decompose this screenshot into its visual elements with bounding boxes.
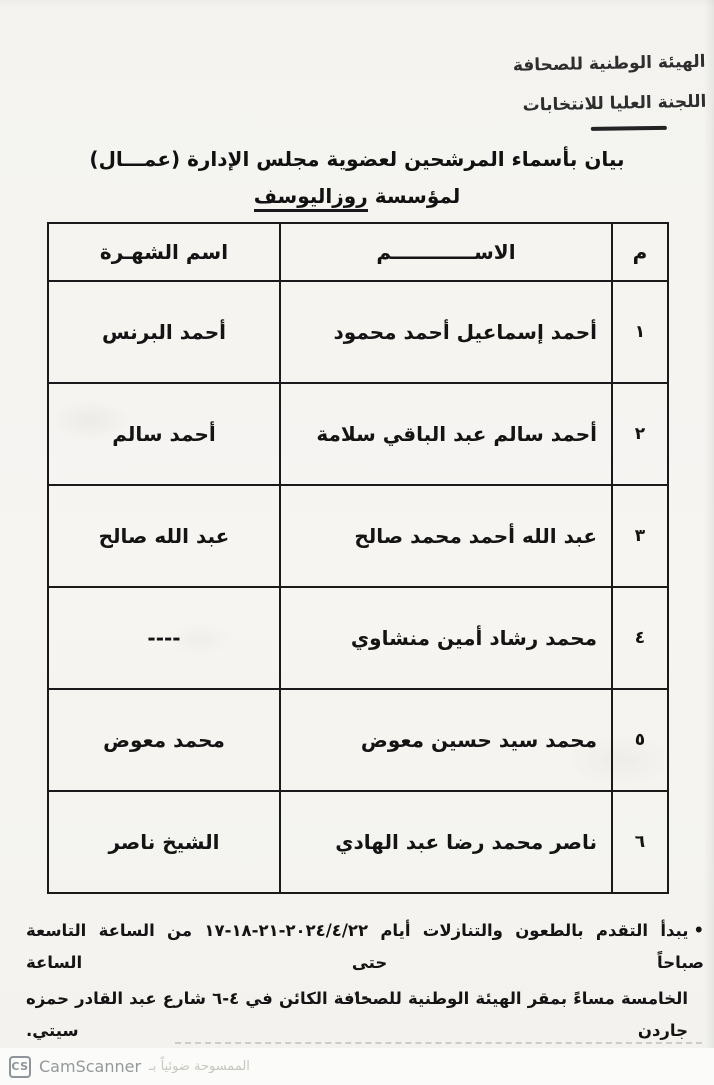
cell-name: أحمد إسماعيل أحمد محمود [280,281,612,383]
cell-number: ٣ [612,485,668,587]
cell-nickname: ---- [48,587,280,689]
header-nickname: اسم الشهـرة [48,223,280,281]
title-line-1: بيان بأسماء المرشحين لعضوية مجلس الإدارة… [0,141,714,178]
cell-name: ناصر محمد رضا عبد الهادي [280,791,612,893]
cell-number: ٤ [612,587,668,689]
footnote-dates: ٢٠٢٤/٤/٢٢-٢١-١٨-١٧ [204,921,368,940]
scanned-document-page: الهيئة الوطنية للصحافة اللجنة العليا للا… [0,0,714,1085]
title-org-prefix: لمؤسسة [375,184,461,208]
stamp-underline [591,126,667,131]
cell-nickname: محمد معوض [48,689,280,791]
bullet-icon: • [693,915,704,947]
page-number: -١- [0,988,714,1006]
table-header-row: م الاســــــــــــم اسم الشهـرة [48,223,668,281]
camscanner-watermark-bar: CS CamScanner الممسوحة ضوئياً بـ [0,1048,714,1085]
handwritten-stamp: الهيئة الوطنية للصحافة اللجنة العليا للا… [490,42,707,133]
title-line-2: لمؤسسة روزاليوسف [0,178,714,215]
table-row: ٤ محمد رشاد أمين منشاوي ---- [48,587,668,689]
title-org-name: روزاليوسف [254,184,368,212]
table-row: ١ أحمد إسماعيل أحمد محمود أحمد البرنس [48,281,668,383]
cell-name: أحمد سالم عبد الباقي سلامة [280,383,612,485]
cell-nickname: أحمد سالم [48,383,280,485]
header-name: الاســــــــــــم [280,223,612,281]
cell-name: محمد سيد حسين معوض [280,689,612,791]
scan-streak [175,1042,702,1044]
table-row: ٦ ناصر محمد رضا عبد الهادي الشيخ ناصر [48,791,668,893]
cell-number: ٦ [612,791,668,893]
cell-nickname: أحمد البرنس [48,281,280,383]
cell-number: ٢ [612,383,668,485]
cell-number: ٥ [612,689,668,791]
document-title: بيان بأسماء المرشحين لعضوية مجلس الإدارة… [0,141,714,215]
cell-nickname: عبد الله صالح [48,485,280,587]
cell-name: محمد رشاد أمين منشاوي [280,587,612,689]
stamp-line-committee: اللجنة العليا للانتخابات [491,82,707,126]
camscanner-logo-icon: CS [9,1056,31,1078]
camscanner-label: الممسوحة ضوئياً بـ [149,1059,250,1074]
table-row: ٢ أحمد سالم عبد الباقي سلامة أحمد سالم [48,383,668,485]
camscanner-brand: CamScanner [39,1057,141,1076]
table-row: ٥ محمد سيد حسين معوض محمد معوض [48,689,668,791]
cell-name: عبد الله أحمد محمد صالح [280,485,612,587]
footnote-line-1: •يبدأ التقدم بالطعون والتنازلات أيام ٢٠٢… [26,915,704,979]
header-number: م [612,223,668,281]
footnote: •يبدأ التقدم بالطعون والتنازلات أيام ٢٠٢… [26,915,704,1047]
footnote-text-before-dates: يبدأ التقدم بالطعون والتنازلات أيام [368,921,688,940]
table-row: ٣ عبد الله أحمد محمد صالح عبد الله صالح [48,485,668,587]
candidates-table: م الاســــــــــــم اسم الشهـرة ١ أحمد إ… [47,222,669,894]
cell-nickname: الشيخ ناصر [48,791,280,893]
stamp-line-authority: الهيئة الوطنية للصحافة [490,42,706,86]
cell-number: ١ [612,281,668,383]
